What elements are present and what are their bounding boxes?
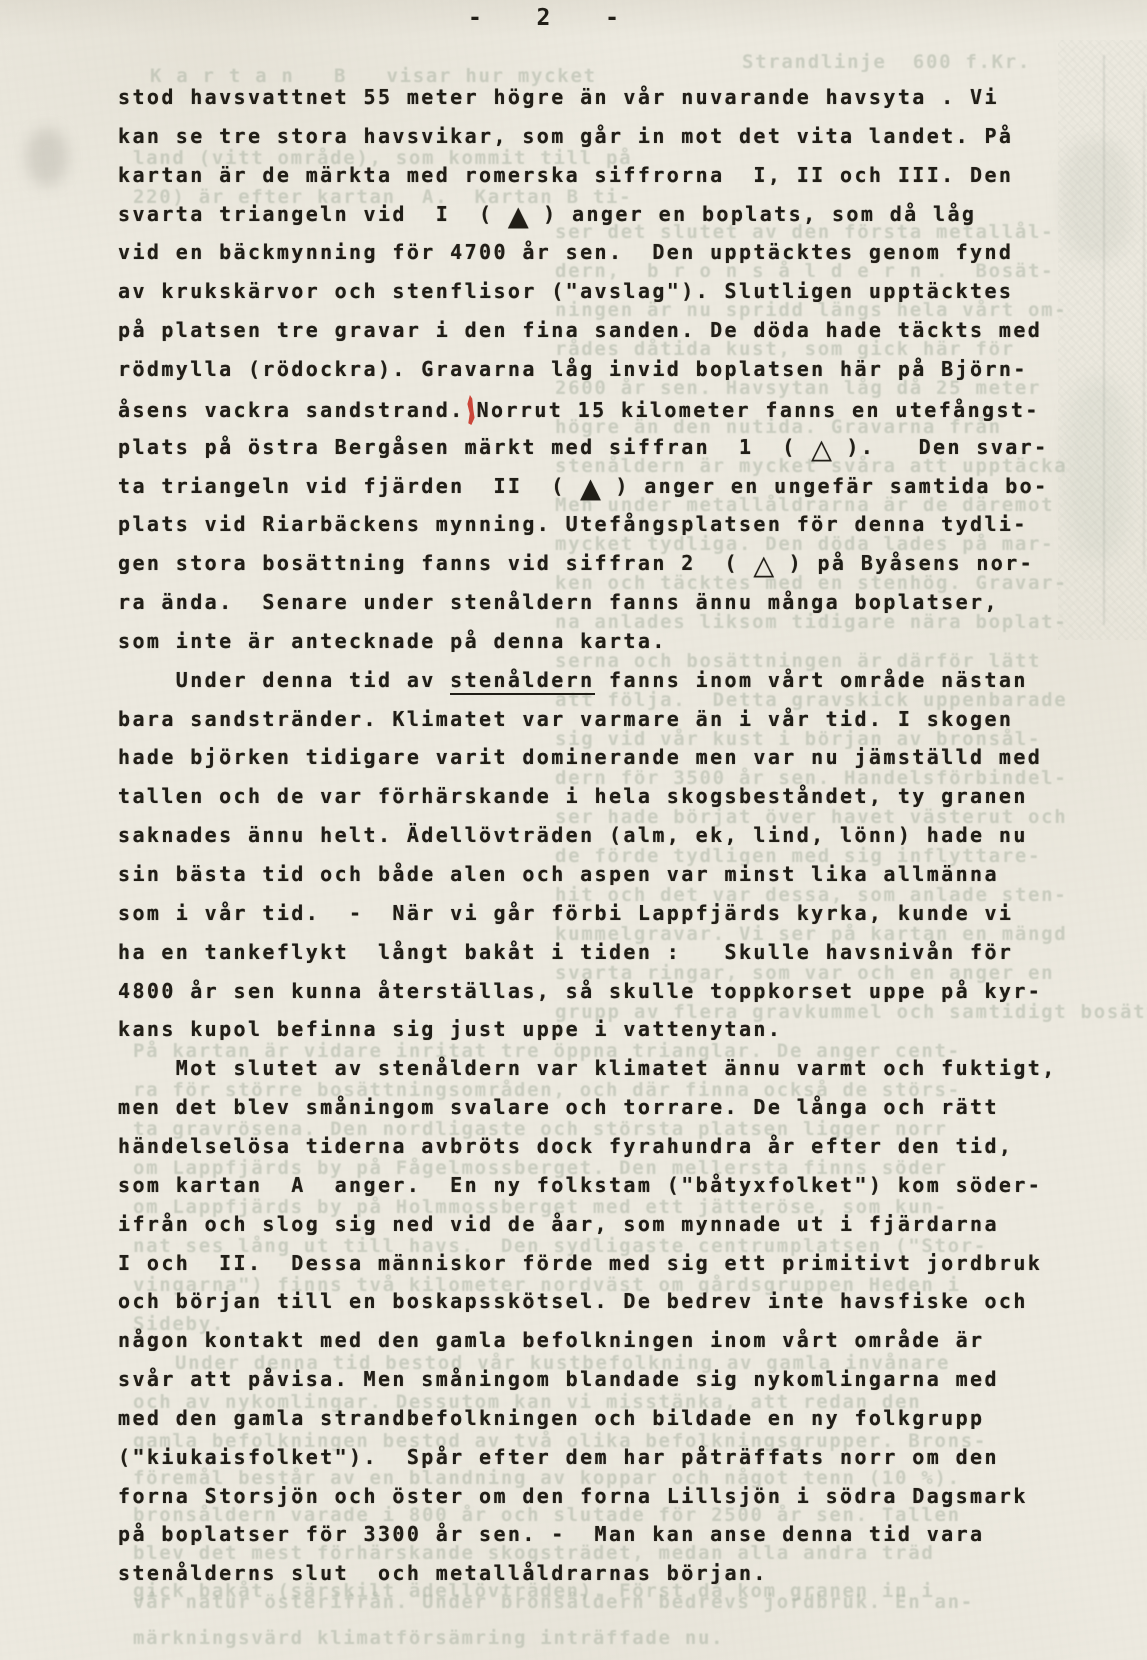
typewritten-line: av krukskärvor och stenflisor ("avslag")… [118,278,1013,305]
typewritten-line: Under denna tid av stenåldern fanns inom… [118,667,1028,694]
typewritten-line: Mot slutet av stenåldern var klimatet än… [118,1055,1057,1082]
typewritten-line: ha en tankeflykt långt bakåt i tiden : S… [118,939,1013,966]
line-text: hade björken tidigare varit dominerande … [118,745,1042,769]
line-text: 4800 år sen kunna återställas, så skulle… [118,979,1042,1003]
line-text: I och II. Dessa människor förde med sig … [118,1251,1042,1275]
typewritten-line: som i vår tid. - När vi går förbi Lappfj… [118,900,1013,927]
typewritten-line: och början till en boskapsskötsel. De be… [118,1288,1028,1315]
open-triangle-symbol: △ [811,434,832,465]
typewritten-line: någon kontakt med den gamla befolkningen… [118,1327,984,1354]
line-text: ta triangeln vid fjärden II ( ▲ ) anger … [118,474,1049,498]
line-text: sin bästa tid och både alen och aspen va… [118,862,999,886]
line-text: saknades ännu helt. Ädellövträden (alm, … [118,823,1028,847]
line-text: fanns inom vårt område nästan [595,668,1028,692]
line-text: bara sandstränder. Klimatet var varmare … [118,707,1013,731]
open-triangle-symbol: △ [753,550,774,581]
line-text: och början till en boskapsskötsel. De be… [118,1289,1028,1313]
line-text: händelselösa tiderna avbröts dock fyrahu… [118,1134,1013,1158]
typewritten-line: forna Storsjön och öster om den forna Li… [118,1483,1028,1510]
typewritten-line: kan se tre stora havsvikar, som går in m… [118,123,1013,150]
line-text: med den gamla strandbefolkningen och bil… [118,1406,984,1430]
typewritten-line: bara sandstränder. Klimatet var varmare … [118,706,1013,733]
bleed-through-map-border-2 [1143,90,1145,570]
line-text: men det blev småningom svalare och torra… [118,1095,999,1119]
typewritten-line: på platsen tre gravar i den fina sanden.… [118,317,1042,344]
typewritten-line: kartan är de märkta med romerska siffror… [118,162,1013,189]
underlined-word: stenåldern [450,668,594,695]
ghost-line: Strandlinje 600 f.Kr. [742,50,1031,74]
filled-triangle-symbol: ▲ [580,473,601,504]
typewritten-line: I och II. Dessa människor förde med sig … [118,1250,1042,1277]
typewritten-line: med den gamla strandbefolkningen och bil… [118,1405,984,1432]
paper-smudge [26,128,68,186]
ghost-line: vår natur österifrån. Under bronsåldern … [133,1590,974,1614]
typewritten-line: plats vid Riarbäckens mynning. Utefångsp… [118,511,1028,538]
line-text: som i vår tid. - När vi går förbi Lappfj… [118,901,1013,925]
line-text: stenålderns slut och metallåldrarnas bör… [118,1561,768,1585]
typewritten-line: men det blev småningom svalare och torra… [118,1094,999,1121]
typewritten-line: plats på östra Bergåsen märkt med siffra… [118,434,1049,461]
line-text: kan se tre stora havsvikar, som går in m… [118,124,1013,148]
typewritten-line: händelselösa tiderna avbröts dock fyrahu… [118,1133,1013,1160]
line-text: svarta triangeln vid I ( ▲ ) anger en bo… [118,202,976,226]
line-text: vid en bäckmynning för 4700 år sen. Den … [118,240,1013,264]
line-text: Under denna tid av [118,668,450,692]
line-text: som inte är antecknade på denna karta. [118,629,667,653]
typewritten-line: ta triangeln vid fjärden II ( ▲ ) anger … [118,473,1049,500]
page-number: - 2 - [468,4,628,32]
typewritten-line: vid en bäckmynning för 4700 år sen. Den … [118,239,1013,266]
ghost-line: märkningsvärd klimatförsämring inträffad… [133,1626,724,1650]
typewritten-line: svarta triangeln vid I ( ▲ ) anger en bo… [118,201,976,228]
typewritten-line: saknades ännu helt. Ädellövträden (alm, … [118,822,1028,849]
typewritten-line: 4800 år sen kunna återställas, så skulle… [118,978,1042,1005]
line-text: åsens vackra sandstrand. [118,398,465,422]
line-text: plats vid Riarbäckens mynning. Utefångsp… [118,512,1028,536]
line-text: någon kontakt med den gamla befolkningen… [118,1328,984,1352]
line-text: kartan är de märkta med romerska siffror… [118,163,1013,187]
red-ink-mark [466,395,475,425]
typewritten-line: som kartan A anger. En ny folkstam ("båt… [118,1172,1042,1199]
typewritten-line: ifrån och slog sig ned vid de åar, som m… [118,1211,999,1238]
line-text: som kartan A anger. En ny folkstam ("båt… [118,1173,1042,1197]
line-text: ra ända. Senare under stenåldern fanns ä… [118,590,999,614]
line-text: forna Storsjön och öster om den forna Li… [118,1484,1028,1508]
typewritten-line: kans kupol befinna sig just uppe i vatte… [118,1016,782,1043]
bleed-through-blot-2 [1066,380,1130,560]
typewritten-line: stenålderns slut och metallåldrarnas bör… [118,1560,768,1587]
typewritten-line: tallen och de var förhärskande i hela sk… [118,783,1028,810]
bleed-through-blot [1062,140,1132,260]
typewritten-line: ra ända. Senare under stenåldern fanns ä… [118,589,999,616]
typewritten-line: på boplatser för 3300 år sen. - Man kan … [118,1521,984,1548]
line-text: rödmylla (rödockra). Gravarna låg invid … [118,357,1028,381]
line-text: ("kiukaisfolket"). Spår efter dem har på… [118,1445,999,1469]
line-text: Mot slutet av stenåldern var klimatet än… [118,1056,1057,1080]
typewritten-line: svår att påvisa. Men småningom blandade … [118,1366,999,1393]
line-text: tallen och de var förhärskande i hela sk… [118,784,1028,808]
filled-triangle-symbol: ▲ [508,201,529,232]
typewritten-line: hade björken tidigare varit dominerande … [118,744,1042,771]
line-text: ha en tankeflykt långt bakåt i tiden : S… [118,940,1013,964]
typewritten-line: rödmylla (rödockra). Gravarna låg invid … [118,356,1028,383]
typewritten-line: sin bästa tid och både alen och aspen va… [118,861,999,888]
line-text: plats på östra Bergåsen märkt med siffra… [118,435,1049,459]
line-text: Norrut 15 kilometer fanns en utefångst- [477,398,1040,422]
typewritten-line: gen stora bosättning fanns vid siffran 2… [118,550,1034,577]
typewritten-line: som inte är antecknade på denna karta. [118,628,667,655]
line-text: gen stora bosättning fanns vid siffran 2… [118,551,1034,575]
typewritten-line: ("kiukaisfolket"). Spår efter dem har på… [118,1444,999,1471]
line-text: kans kupol befinna sig just uppe i vatte… [118,1017,782,1041]
typewritten-line: åsens vackra sandstrand.Norrut 15 kilome… [118,395,1040,425]
typewritten-line: stod havsvattnet 55 meter högre än vår n… [118,84,999,111]
line-text: svår att påvisa. Men småningom blandade … [118,1367,999,1391]
line-text: på boplatser för 3300 år sen. - Man kan … [118,1522,984,1546]
line-text: stod havsvattnet 55 meter högre än vår n… [118,85,999,109]
line-text: ifrån och slog sig ned vid de åar, som m… [118,1212,999,1236]
line-text: av krukskärvor och stenflisor ("avslag")… [118,279,1013,303]
line-text: på platsen tre gravar i den fina sanden.… [118,318,1042,342]
